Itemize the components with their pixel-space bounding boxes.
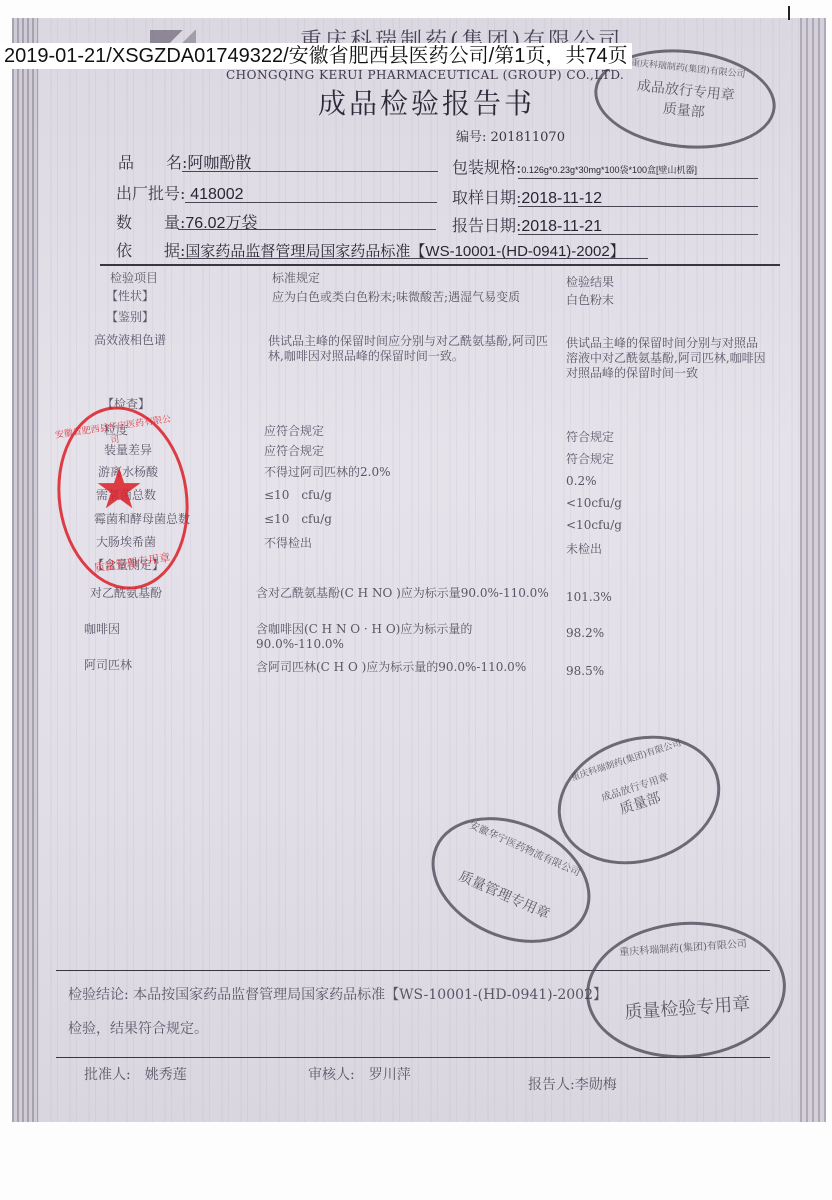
underline <box>178 229 436 230</box>
underline <box>185 202 437 203</box>
underline <box>518 206 758 207</box>
underline <box>518 178 758 179</box>
conclusion-line-1: 检验结论: 本品按国家药品监督管理局国家药品标准【WS-10001-(HD-09… <box>68 988 607 1003</box>
underline <box>182 171 438 172</box>
signature-reporter: 报告人:李勋梅 <box>528 1078 617 1093</box>
col-header-item: 检验项目 <box>110 271 158 286</box>
field-batch-no: 出厂批号: 418002 <box>116 181 244 204</box>
red-star-icon: ★ <box>94 462 144 518</box>
field-sampling-date: 取样日期:2018-11-12 <box>452 185 602 208</box>
signature-approver: 批准人: 姚秀莲 <box>84 1068 187 1083</box>
underline <box>178 258 648 259</box>
scan-edge-right <box>800 18 826 1122</box>
company-name-en: CHONGQING KERUI PHARMACEUTICAL (GROUP) C… <box>226 68 624 82</box>
report-title: 成品检验报告书 <box>318 82 535 122</box>
underline <box>518 234 758 235</box>
document-banner: 2019-01-21/XSGZDA01749322/安徽省肥西县医药公司/第1页… <box>0 43 632 69</box>
field-report-date: 报告日期:2018-11-21 <box>452 213 602 236</box>
header-rule <box>100 264 780 266</box>
scan-mark <box>788 6 790 20</box>
scan-edge-left <box>12 18 38 1122</box>
col-header-standard: 标准规定 <box>272 271 320 286</box>
field-package-spec: 包装规格:0.126g*0.23g*30mg*100袋*100盒[壁山机器] <box>452 155 697 178</box>
signature-reviewer: 审核人: 罗川萍 <box>308 1068 411 1083</box>
doc-number-value: 201811070 <box>491 130 565 145</box>
conclusion-line-2: 检验，结果符合规定。 <box>68 1022 208 1037</box>
col-header-result: 检验结果 <box>566 275 614 290</box>
doc-number-label: 编号: <box>456 130 486 145</box>
field-product-name: 品 名:阿咖酚散 <box>118 150 251 173</box>
doc-number: 编号: 201811070 <box>456 126 565 145</box>
